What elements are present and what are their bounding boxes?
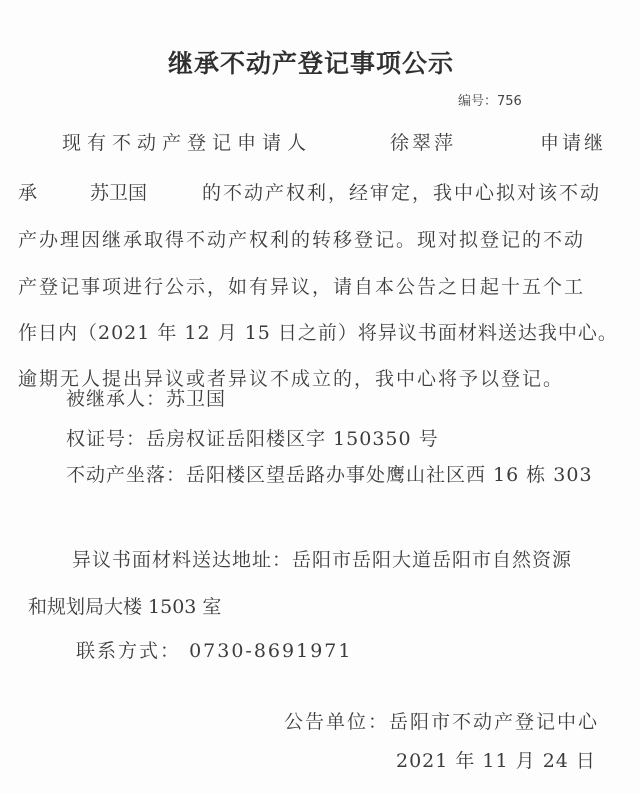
applicant-suffix: 申请继 xyxy=(540,128,606,155)
paragraph-line-3: 产办理因继承取得不动产权利的转移登记。现对拟登记的不动 xyxy=(18,225,585,252)
issuer-label: 公告单位： xyxy=(284,711,389,733)
paragraph-line-2: 的不动产权利，经审定，我中心拟对该不动 xyxy=(202,178,601,205)
applicant-intro: 现有不动产登记申请人 xyxy=(62,132,312,154)
contact-value: 0730-8691971 xyxy=(189,640,352,662)
address-line-2: 和规划局大楼 1503 室 xyxy=(28,592,221,619)
contact-label: 联系方式： xyxy=(76,640,181,662)
location-label: 不动产坐落： xyxy=(66,464,186,486)
document-number-label: 编号： xyxy=(458,94,497,109)
paragraph-line-1: 现有不动产登记申请人 xyxy=(62,128,312,155)
decedent-label: 被继承人： xyxy=(66,388,166,410)
contact-row: 联系方式： 0730-8691971 xyxy=(76,636,352,663)
issuer-value: 岳阳市不动产登记中心 xyxy=(389,711,599,733)
document-title: 继承不动产登记事项公示 xyxy=(168,44,454,80)
certificate-label: 权证号： xyxy=(66,428,146,450)
address-line-1: 岳阳市岳阳大道岳阳市自然资源 xyxy=(292,549,572,571)
paragraph-line-5: 作日内（2021 年 12 月 15 日之前）将异议书面材料送达我中心。 xyxy=(18,318,618,345)
decedent-name-inline: 苏卫国 xyxy=(90,178,147,205)
document-number-value: 756 xyxy=(497,94,522,109)
location-row: 不动产坐落：岳阳楼区望岳路办事处鹰山社区西 16 栋 303 xyxy=(66,460,593,487)
decedent-row: 被继承人：苏卫国 xyxy=(66,384,226,411)
inherit-prefix: 承 xyxy=(18,178,37,205)
notice-date: 2021 年 11 月 24 日 xyxy=(396,746,596,773)
paragraph-line-4: 产登记事项进行公示，如有异议，请自本公告之日起十五个工 xyxy=(18,272,585,299)
certificate-row: 权证号：岳房权证岳阳楼区字 150350 号 xyxy=(66,424,439,451)
address-row: 异议书面材料送达地址：岳阳市岳阳大道岳阳市自然资源 xyxy=(72,545,572,572)
decedent-value: 苏卫国 xyxy=(166,388,226,410)
document-number: 编号：756 xyxy=(458,90,522,109)
location-value: 岳阳楼区望岳路办事处鹰山社区西 16 栋 303 xyxy=(186,464,593,486)
applicant-name: 徐翠萍 xyxy=(390,128,456,155)
issuer-row: 公告单位：岳阳市不动产登记中心 xyxy=(284,707,599,734)
certificate-value: 岳房权证岳阳楼区字 150350 号 xyxy=(146,428,439,450)
address-label: 异议书面材料送达地址： xyxy=(72,549,292,571)
